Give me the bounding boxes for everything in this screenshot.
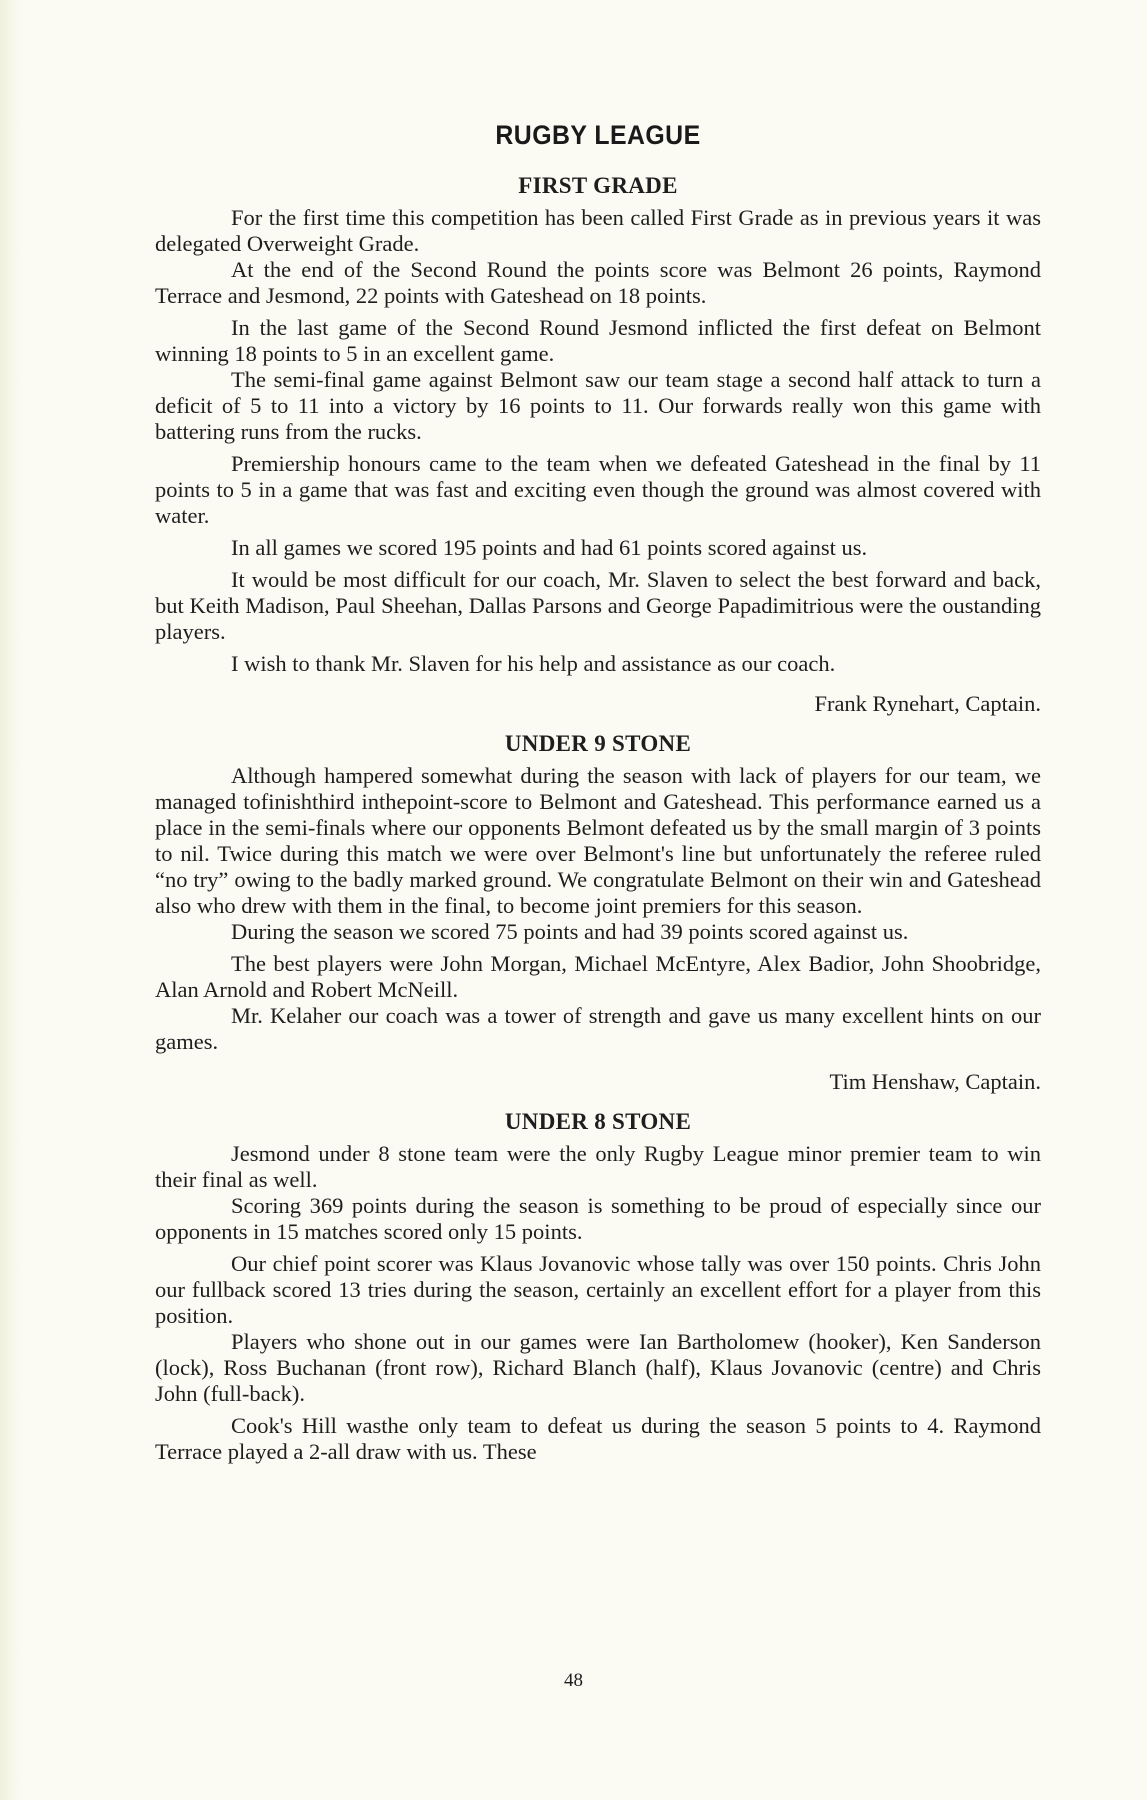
- paragraph: Our chief point scorer was Klaus Jovanov…: [155, 1251, 1041, 1329]
- paragraph: It would be most difficult for our coach…: [155, 567, 1041, 645]
- paragraph: Although hampered somewhat during the se…: [155, 763, 1041, 919]
- paragraph: For the first time this competition has …: [155, 205, 1041, 257]
- page-binding-edge: [0, 0, 22, 1800]
- paragraph: At the end of the Second Round the point…: [155, 257, 1041, 309]
- section-first-grade: FIRST GRADE For the first time this comp…: [155, 173, 1041, 717]
- paragraph: Cook's Hill wasthe only team to defeat u…: [155, 1413, 1041, 1465]
- paragraph: The best players were John Morgan, Micha…: [155, 951, 1041, 1003]
- paragraph: I wish to thank Mr. Slaven for his help …: [155, 651, 1041, 677]
- paragraph: During the season we scored 75 points an…: [155, 919, 1041, 945]
- paragraph: Mr. Kelaher our coach was a tower of str…: [155, 1003, 1041, 1055]
- section-heading: UNDER 9 STONE: [155, 731, 1041, 757]
- paragraph: Premiership honours came to the team whe…: [155, 451, 1041, 529]
- paragraph: Jesmond under 8 stone team were the only…: [155, 1141, 1041, 1193]
- paragraph: Scoring 369 points during the season is …: [155, 1193, 1041, 1245]
- signature: Frank Rynehart, Captain.: [155, 691, 1041, 717]
- paragraph: The semi-final game against Belmont saw …: [155, 367, 1041, 445]
- page-title: RUGBY LEAGUE: [190, 120, 1005, 151]
- section-heading: FIRST GRADE: [155, 173, 1041, 199]
- paragraph: In all games we scored 195 points and ha…: [155, 535, 1041, 561]
- section-heading: UNDER 8 STONE: [155, 1109, 1041, 1135]
- signature: Tim Henshaw, Captain.: [155, 1069, 1041, 1095]
- paragraph: In the last game of the Second Round Jes…: [155, 315, 1041, 367]
- section-under-9-stone: UNDER 9 STONE Although hampered somewhat…: [155, 731, 1041, 1095]
- article: RUGBY LEAGUE FIRST GRADE For the first t…: [155, 120, 1041, 1465]
- section-under-8-stone: UNDER 8 STONE Jesmond under 8 stone team…: [155, 1109, 1041, 1465]
- paragraph: Players who shone out in our games were …: [155, 1329, 1041, 1407]
- page-number: 48: [0, 1670, 1147, 1692]
